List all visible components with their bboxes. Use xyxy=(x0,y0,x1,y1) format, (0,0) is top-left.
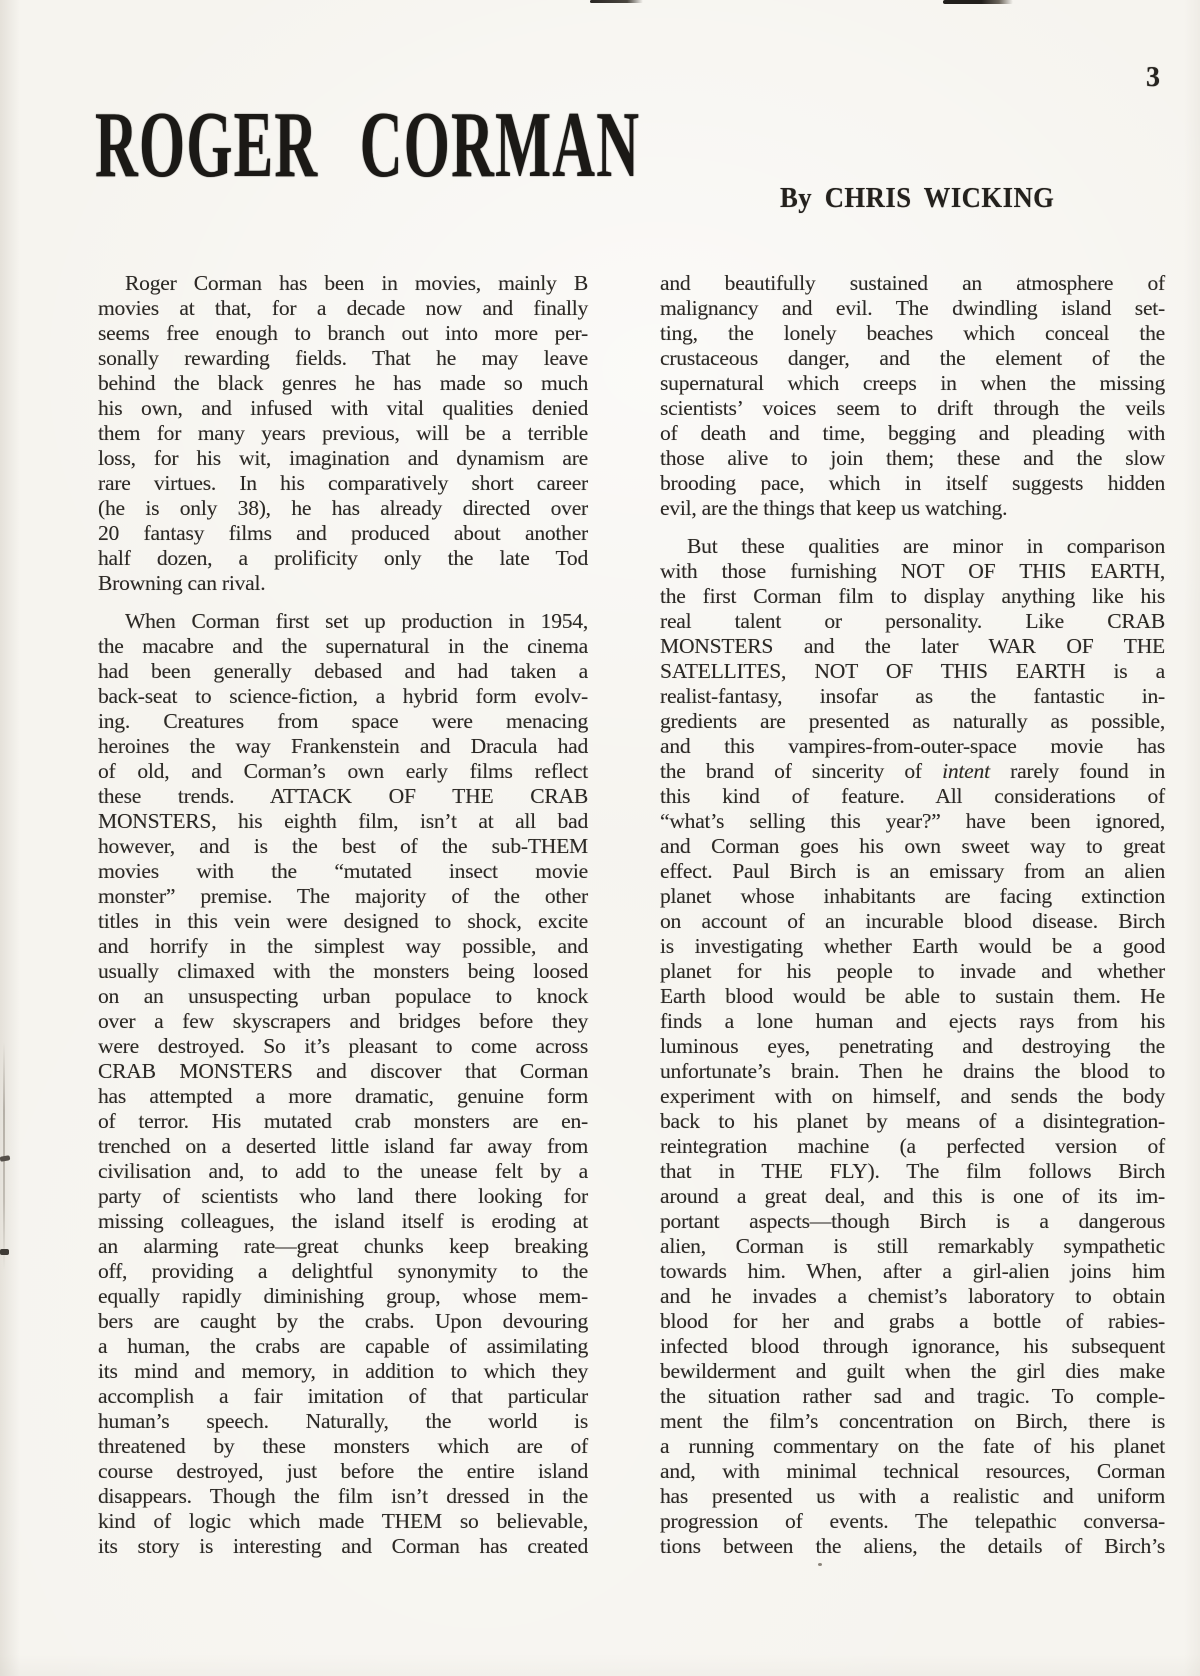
text-line: of death and time, begging and pleading … xyxy=(660,421,1165,446)
text-line: party of scientists who land there looki… xyxy=(98,1184,588,1209)
text-line: seems free enough to branch out into mor… xyxy=(98,321,588,346)
text-line: brooding pace, which in itself suggests … xyxy=(660,471,1165,496)
text-line: bers are caught by the crabs. Upon devou… xyxy=(98,1309,588,1334)
text-line: back to his planet by means of a disinte… xyxy=(660,1109,1165,1134)
text-line: effect. Paul Birch is an emissary from a… xyxy=(660,859,1165,884)
text-line: sonally rewarding fields. That he may le… xyxy=(98,346,588,371)
text-line: missing colleagues, the island itself is… xyxy=(98,1209,588,1234)
text-line: and this vampires-from-outer-space movie… xyxy=(660,734,1165,759)
paragraph: and beautifully sustained an atmosphere … xyxy=(660,271,1165,521)
magazine-page: 3 ROGER CORMAN By CHRIS WICKING Roger Co… xyxy=(0,0,1200,1676)
text-line: SATELLITES, NOT OF THIS EARTH is a xyxy=(660,659,1165,684)
text-line: When Corman first set up production in 1… xyxy=(98,609,588,634)
text-line: luminous eyes, penetrating and destroyin… xyxy=(660,1034,1165,1059)
scan-speck xyxy=(818,1563,822,1566)
text-line: Roger Corman has been in movies, mainly … xyxy=(98,271,588,296)
text-line: over a few skyscrapers and bridges befor… xyxy=(98,1009,588,1034)
text-line: malignancy and evil. The dwindling islan… xyxy=(660,296,1165,321)
text-line: the first Corman film to display anythin… xyxy=(660,584,1165,609)
scan-smudge-top-left xyxy=(590,0,643,3)
text-line: MONSTERS and the later WAR OF THE xyxy=(660,634,1165,659)
text-line: civilisation and, to add to the unease f… xyxy=(98,1159,588,1184)
text-line: finds a lone human and ejects rays from … xyxy=(660,1009,1165,1034)
article-title: ROGER CORMAN xyxy=(95,94,640,197)
text-line: usually climaxed with the monsters being… xyxy=(98,959,588,984)
text-line: on an unsuspecting urban populace to kno… xyxy=(98,984,588,1009)
text-line: the situation rather sad and tragic. To … xyxy=(660,1384,1165,1409)
text-line: ment the film’s concentration on Birch, … xyxy=(660,1409,1165,1434)
text-line: towards him. When, after a girl-alien jo… xyxy=(660,1259,1165,1284)
text-line: reintegration machine (a perfected versi… xyxy=(660,1134,1165,1159)
text-line: blood for her and grabs a bottle of rabi… xyxy=(660,1309,1165,1334)
text-line: heroines the way Frankenstein and Dracul… xyxy=(98,734,588,759)
text-line: were destroyed. So it’s pleasant to come… xyxy=(98,1034,588,1059)
text-line: them for many years previous, will be a … xyxy=(98,421,588,446)
text-line: this kind of feature. All considerations… xyxy=(660,784,1165,809)
text-line: equally rapidly diminishing group, whose… xyxy=(98,1284,588,1309)
text-line: on account of an incurable blood disease… xyxy=(660,909,1165,934)
text-line: planet whose inhabitants are facing exti… xyxy=(660,884,1165,909)
text-line: around a great deal, and this is one of … xyxy=(660,1184,1165,1209)
text-line: crustaceous danger, and the element of t… xyxy=(660,346,1165,371)
text-line: gredients are presented as naturally as … xyxy=(660,709,1165,734)
text-line: course destroyed, just before the entire… xyxy=(98,1459,588,1484)
text-line: the brand of sincerity of intent rarely … xyxy=(660,759,1165,784)
text-line: back-seat to science-fiction, a hybrid f… xyxy=(98,684,588,709)
text-line: movies with the “mutated insect movie xyxy=(98,859,588,884)
text-line: (he is only 38), he has already directed… xyxy=(98,496,588,521)
right-column: and beautifully sustained an atmosphere … xyxy=(660,271,1165,1559)
paragraph: But these qualities are minor in compari… xyxy=(660,534,1165,1559)
text-line: experiment with on himself, and sends th… xyxy=(660,1084,1165,1109)
text-line: Earth blood would be able to sustain the… xyxy=(660,984,1165,1009)
text-line: and he invades a chemist’s laboratory to… xyxy=(660,1284,1165,1309)
text-line: ing. Creatures from space were menacing xyxy=(98,709,588,734)
text-line: a running commentary on the fate of his … xyxy=(660,1434,1165,1459)
text-line: infected blood through ignorance, his su… xyxy=(660,1334,1165,1359)
text-line: has presented us with a realistic and un… xyxy=(660,1484,1165,1509)
text-line: titles in this vein were designed to sho… xyxy=(98,909,588,934)
text-line: ting, the lonely beaches which conceal t… xyxy=(660,321,1165,346)
text-line: loss, for his wit, imagination and dynam… xyxy=(98,446,588,471)
text-line: real talent or personality. Like CRAB xyxy=(660,609,1165,634)
text-line: with those furnishing NOT OF THIS EARTH, xyxy=(660,559,1165,584)
text-line: Browning can rival. xyxy=(98,571,588,596)
text-line: these trends. ATTACK OF THE CRAB xyxy=(98,784,588,809)
text-line: But these qualities are minor in compari… xyxy=(660,534,1165,559)
text-line: of terror. His mutated crab monsters are… xyxy=(98,1109,588,1134)
text-line: the macabre and the supernatural in the … xyxy=(98,634,588,659)
text-line: behind the black genres he has made so m… xyxy=(98,371,588,396)
text-line: and, with minimal technical resources, C… xyxy=(660,1459,1165,1484)
text-line: movies at that, for a decade now and fin… xyxy=(98,296,588,321)
text-line: his own, and infused with vital qualitie… xyxy=(98,396,588,421)
text-line: accomplish a fair imitation of that part… xyxy=(98,1384,588,1409)
text-line: supernatural which creeps in when the mi… xyxy=(660,371,1165,396)
text-line: and beautifully sustained an atmosphere … xyxy=(660,271,1165,296)
left-column: Roger Corman has been in movies, mainly … xyxy=(98,271,588,1559)
text-line: realist-fantasy, insofar as the fantasti… xyxy=(660,684,1165,709)
scan-crease-left xyxy=(3,1042,5,1270)
byline: By CHRIS WICKING xyxy=(780,182,1054,215)
text-line: rare virtues. In his comparatively short… xyxy=(98,471,588,496)
paragraph: Roger Corman has been in movies, mainly … xyxy=(98,271,588,596)
text-line: MONSTERS, his eighth film, isn’t at all … xyxy=(98,809,588,834)
text-line: had been generally debased and had taken… xyxy=(98,659,588,684)
text-line: a human, the crabs are capable of assimi… xyxy=(98,1334,588,1359)
text-line: monster” premise. The majority of the ot… xyxy=(98,884,588,909)
text-line: trenched on a deserted little island far… xyxy=(98,1134,588,1159)
text-line: bewilderment and guilt when the girl die… xyxy=(660,1359,1165,1384)
text-line: that in THE FLY). The film follows Birch xyxy=(660,1159,1165,1184)
page-number: 3 xyxy=(1146,62,1160,94)
text-line: progression of events. The telepathic co… xyxy=(660,1509,1165,1534)
text-line: an alarming rate—great chunks keep break… xyxy=(98,1234,588,1259)
text-line: “what’s selling this year?” have been ig… xyxy=(660,809,1165,834)
text-line: its story is interesting and Corman has … xyxy=(98,1534,588,1559)
text-line: half dozen, a prolificity only the late … xyxy=(98,546,588,571)
text-line: threatened by these monsters which are o… xyxy=(98,1434,588,1459)
text-line: scientists’ voices seem to drift through… xyxy=(660,396,1165,421)
text-line: those alive to join them; these and the … xyxy=(660,446,1165,471)
text-line: disappears. Though the film isn’t dresse… xyxy=(98,1484,588,1509)
text-line: its mind and memory, in addition to whic… xyxy=(98,1359,588,1384)
text-line: however, and is the best of the sub-THEM xyxy=(98,834,588,859)
text-line: kind of logic which made THEM so believa… xyxy=(98,1509,588,1534)
text-line: 20 fantasy films and produced about anot… xyxy=(98,521,588,546)
text-line: of old, and Corman’s own early films ref… xyxy=(98,759,588,784)
text-line: human’s speech. Naturally, the world is xyxy=(98,1409,588,1434)
text-line: planet for his people to invade and whet… xyxy=(660,959,1165,984)
text-line: is investigating whether Earth would be … xyxy=(660,934,1165,959)
scan-mark-left-lower xyxy=(0,1249,9,1255)
scan-smudge-top-right xyxy=(943,0,1013,4)
text-line: and horrify in the simplest way possible… xyxy=(98,934,588,959)
text-line: tions between the aliens, the details of… xyxy=(660,1534,1165,1559)
text-line: unfortunate’s brain. Then he drains the … xyxy=(660,1059,1165,1084)
text-line: portant aspects—though Birch is a danger… xyxy=(660,1209,1165,1234)
paragraph: When Corman first set up production in 1… xyxy=(98,609,588,1559)
text-line: alien, Corman is still remarkably sympat… xyxy=(660,1234,1165,1259)
scan-mark-left-upper xyxy=(0,1155,10,1162)
text-line: off, providing a delightful synonymity t… xyxy=(98,1259,588,1284)
text-line: and Corman goes his own sweet way to gre… xyxy=(660,834,1165,859)
text-line: evil, are the things that keep us watchi… xyxy=(660,496,1165,521)
text-line: CRAB MONSTERS and discover that Corman xyxy=(98,1059,588,1084)
text-line: has attempted a more dramatic, genuine f… xyxy=(98,1084,588,1109)
